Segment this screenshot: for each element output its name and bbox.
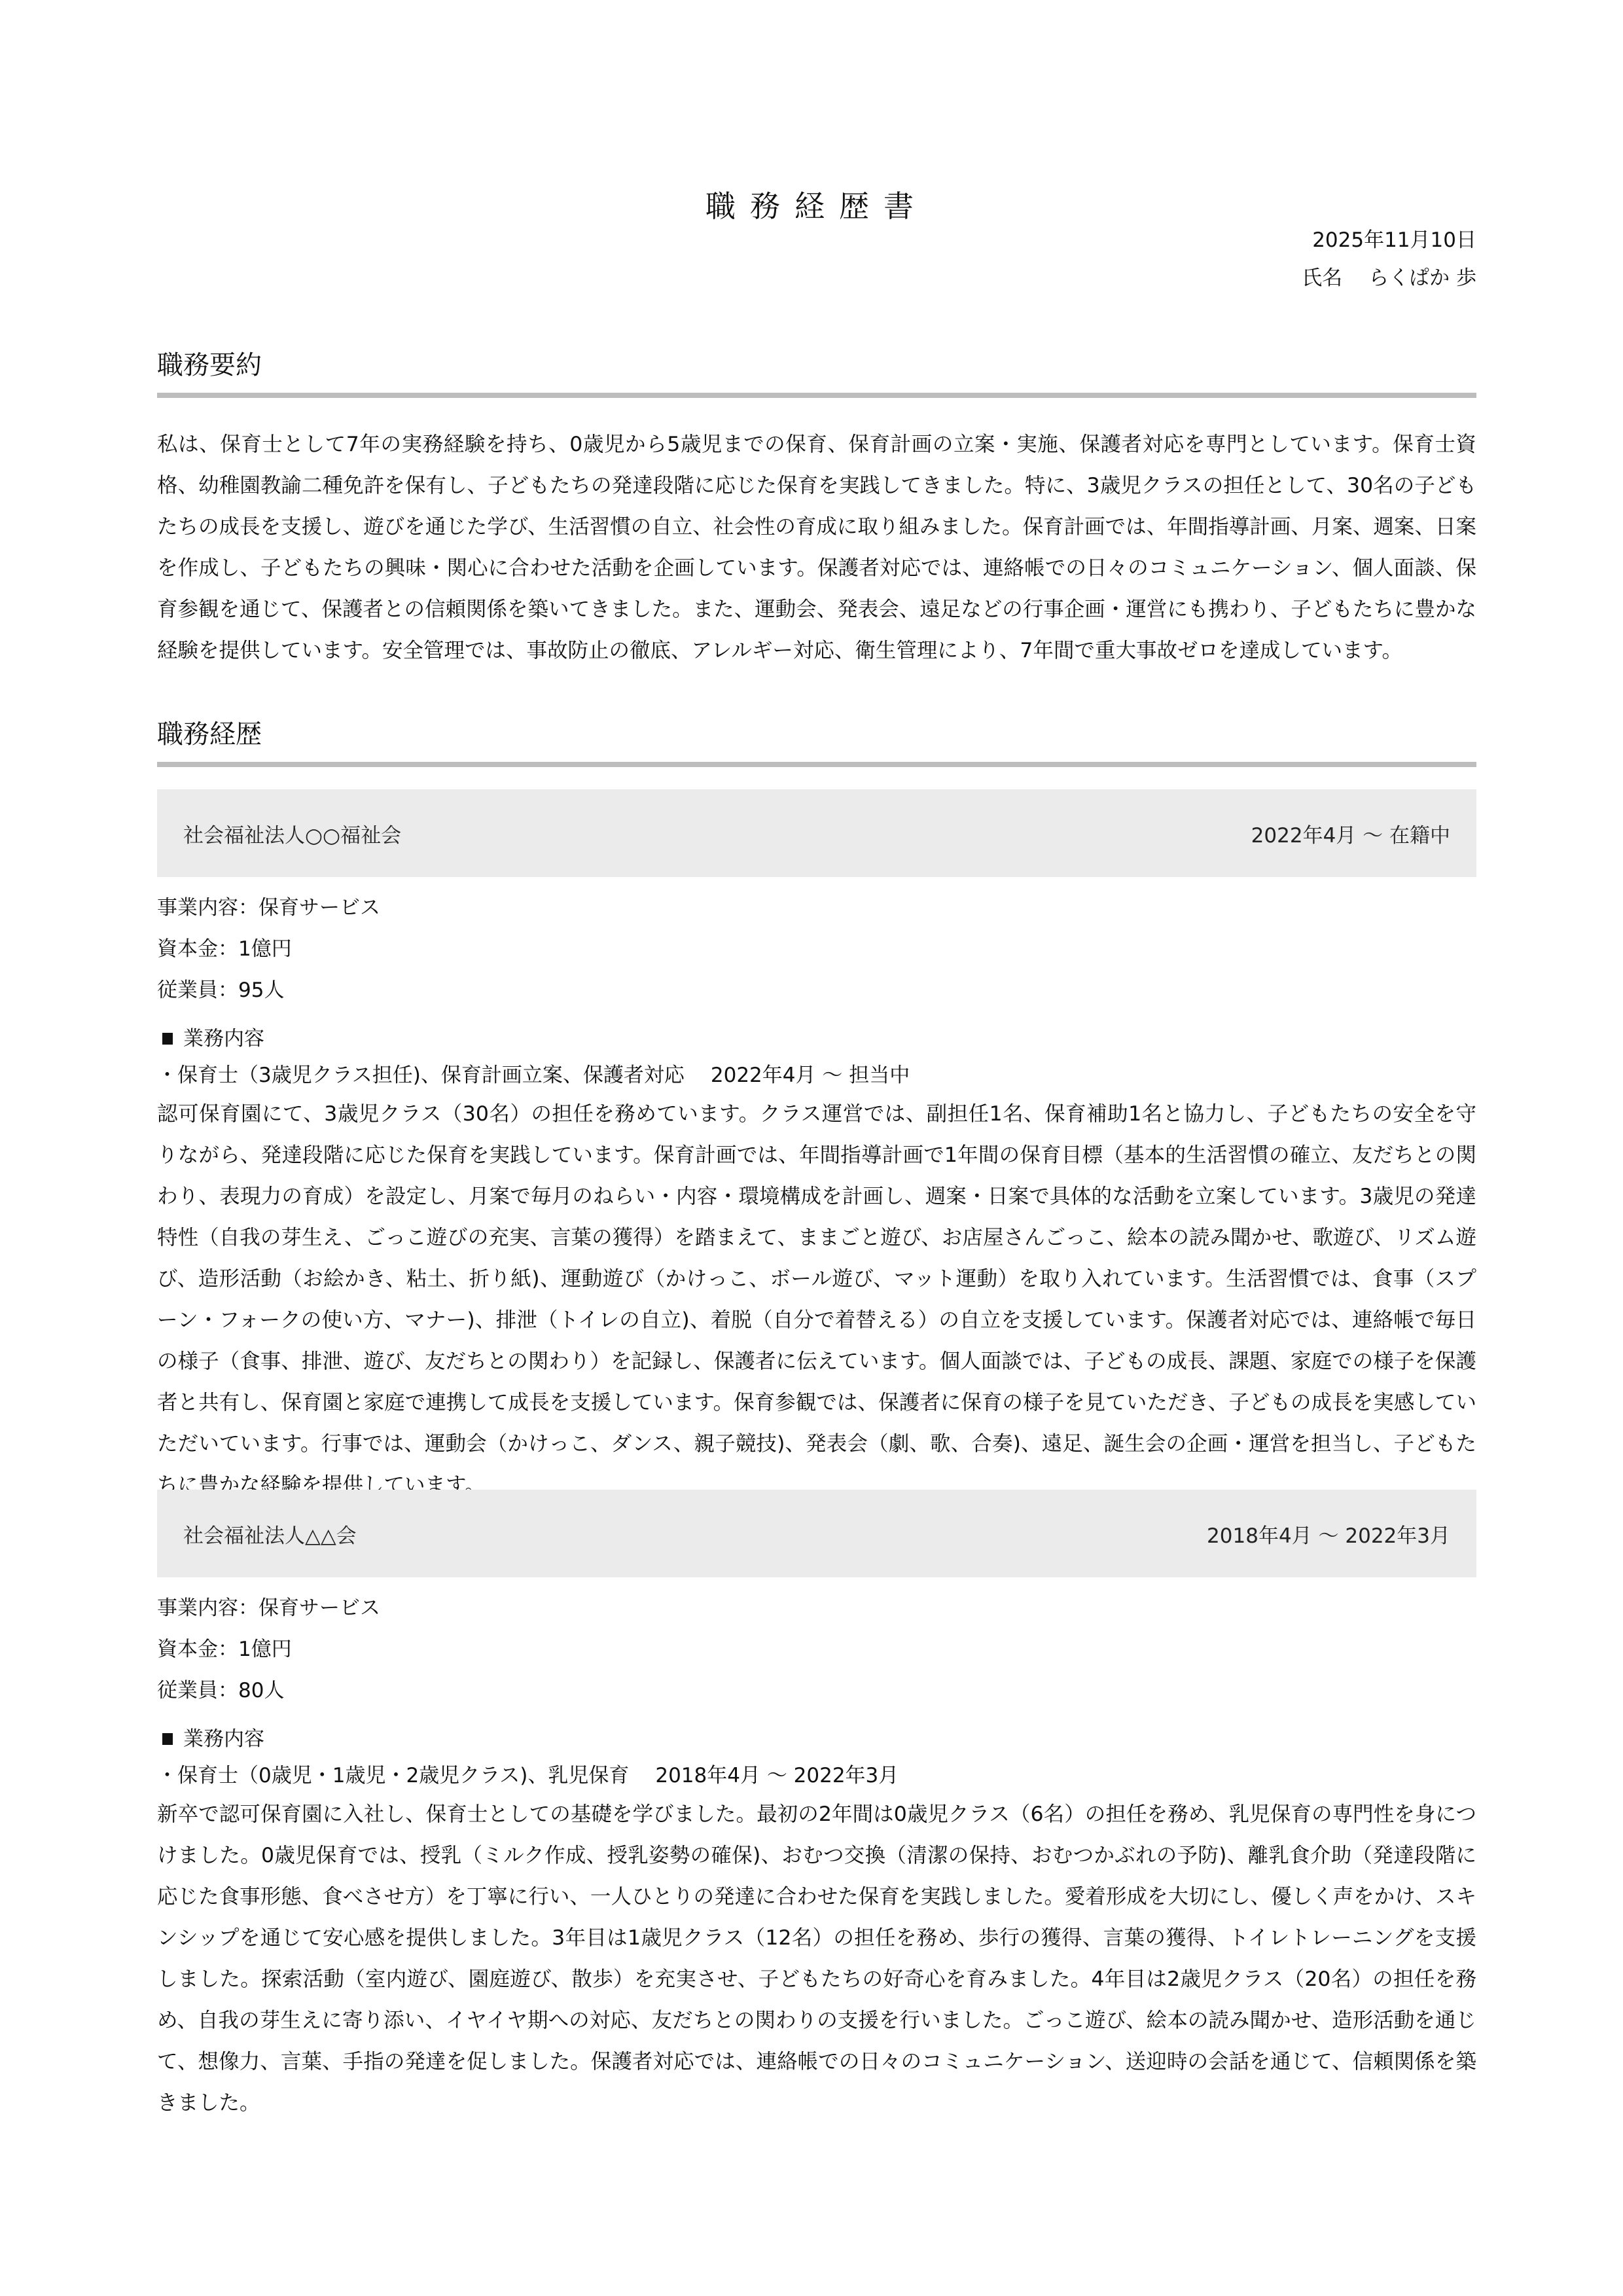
capital: 資本金：1億円 xyxy=(157,1629,1476,1670)
document-date: 2025年11月10日 xyxy=(1302,221,1476,259)
summary-section-header: 職務要約 xyxy=(157,346,1476,398)
role-description: 認可保育園にて、3歳児クラス（30名）の担任を務めています。クラス運営では、副担… xyxy=(157,1094,1476,1506)
employee-count: 従業員：95人 xyxy=(157,970,1476,1011)
duty-heading: 業務内容 xyxy=(157,1721,1476,1757)
summary-heading: 職務要約 xyxy=(157,346,1476,385)
duty-heading: 業務内容 xyxy=(157,1020,1476,1057)
company-name: 社会福祉法人○○福祉会 xyxy=(183,819,401,848)
company-name: 社会福祉法人△△会 xyxy=(183,1519,357,1549)
document-title: 職務経歴書 xyxy=(157,183,1476,226)
square-bullet-icon xyxy=(162,1733,173,1745)
company-period: 2022年4月 〜 在籍中 xyxy=(1251,819,1450,848)
role-title: ・保育士（3歳児クラス担任)、保育計画立案、保護者対応 xyxy=(157,1064,685,1087)
role-title: ・保育士（0歳児・1歳児・2歳児クラス)、乳児保育 xyxy=(157,1764,629,1787)
business-content: 事業内容：保育サービス xyxy=(157,888,1476,929)
capital: 資本金：1億円 xyxy=(157,929,1476,970)
square-bullet-icon xyxy=(162,1033,173,1045)
company-header: 社会福祉法人○○福祉会 2022年4月 〜 在籍中 xyxy=(157,789,1476,877)
section-divider xyxy=(157,393,1476,398)
company-period: 2018年4月 〜 2022年3月 xyxy=(1207,1519,1450,1549)
role-period: 2022年4月 〜 担当中 xyxy=(711,1064,910,1087)
applicant-name-row: 氏名らくぱか 歩 xyxy=(1302,259,1476,297)
document-meta: 2025年11月10日 氏名らくぱか 歩 xyxy=(1302,221,1476,297)
history-section-header: 職務経歴 xyxy=(157,715,1476,767)
summary-text: 私は、保育士として7年の実務経験を持ち、0歳児から5歳児までの保育、保育計画の立… xyxy=(157,424,1476,672)
role-period: 2018年4月 〜 2022年3月 xyxy=(655,1764,899,1787)
name-value: らくぱか 歩 xyxy=(1368,266,1476,290)
name-label: 氏名 xyxy=(1302,266,1342,290)
role-line: ・保育士（3歳児クラス担任)、保育計画立案、保護者対応2022年4月 〜 担当中 xyxy=(157,1057,1476,1094)
business-content: 事業内容：保育サービス xyxy=(157,1588,1476,1629)
section-divider xyxy=(157,762,1476,767)
company-details: 事業内容：保育サービス 資本金：1億円 従業員：95人 業務内容 ・保育士（3歳… xyxy=(157,888,1476,1506)
company-header: 社会福祉法人△△会 2018年4月 〜 2022年3月 xyxy=(157,1490,1476,1577)
role-line: ・保育士（0歳児・1歳児・2歳児クラス)、乳児保育2018年4月 〜 2022年… xyxy=(157,1757,1476,1794)
employee-count: 従業員：80人 xyxy=(157,1670,1476,1712)
role-description: 新卒で認可保育園に入社し、保育士としての基礎を学びました。最初の2年間は0歳児ク… xyxy=(157,1794,1476,2124)
company-details: 事業内容：保育サービス 資本金：1億円 従業員：80人 業務内容 ・保育士（0歳… xyxy=(157,1588,1476,2124)
history-heading: 職務経歴 xyxy=(157,715,1476,754)
